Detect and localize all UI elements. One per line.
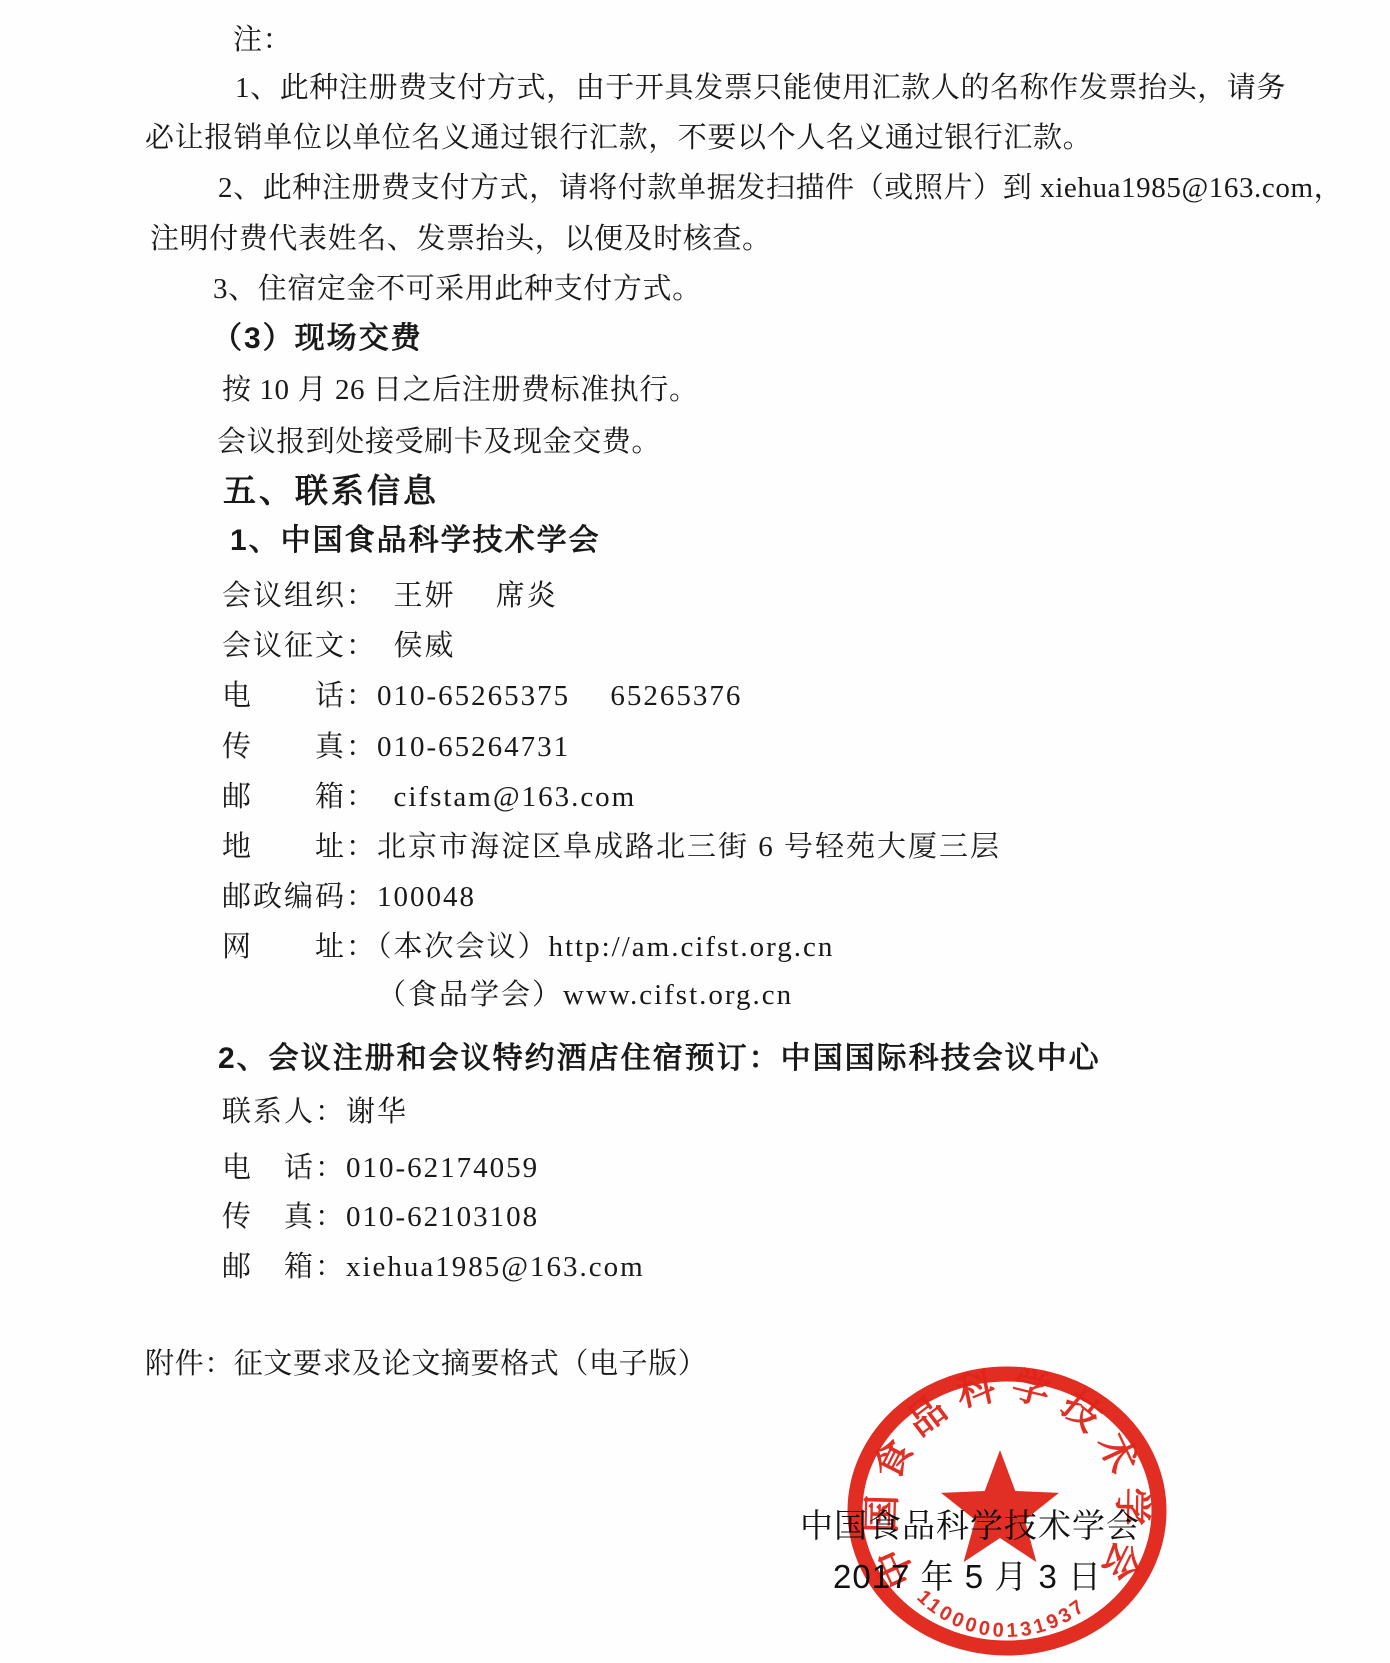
document-page: 注： 1、此种注册费支付方式，由于开具发票只能使用汇款人的名称作发票抬头，请务 … [0,0,1390,1663]
note-1-line-1: 1、此种注册费支付方式，由于开具发票只能使用汇款人的名称作发票抬头，请务 [235,70,1286,106]
contact-section-heading: 五、联系信息 [223,470,439,511]
onsite-desk-line: 会议报到处接受刷卡及现金交费。 [217,424,661,460]
org2-contact-person-row: 联系人：谢华 [222,1094,408,1130]
org1-fax-row: 传 真：010-65264731 [222,729,570,765]
org1-title: 1、中国食品科学技术学会 [230,522,601,560]
onsite-payment-heading: （3）现场交费 [212,320,423,358]
org1-email-row: 邮 箱： cifstam@163.com [222,779,636,815]
org2-fax-row: 传 真：010-62103108 [222,1199,539,1235]
org1-address-row: 地 址：北京市海淀区阜成路北三街 6 号轻苑大厦三层 [222,829,1001,865]
note-1-line-2: 必让报销单位以单位名义通过银行汇款，不要以个人名义通过银行汇款。 [145,120,1092,156]
note-2-line-1: 2、此种注册费支付方式，请将付款单据发扫描件（或照片）到 xiehua1985@… [218,170,1343,206]
org2-phone-row: 电 话：010-62174059 [222,1150,539,1186]
attachment-line: 附件：征文要求及论文摘要格式（电子版） [145,1346,707,1382]
org2-email-row: 邮 箱：xiehua1985@163.com [222,1249,645,1285]
onsite-rule-line: 按 10 月 26 日之后注册费标准执行。 [222,372,699,408]
note-2-line-2: 注明付费代表姓名、发票抬头，以便及时核查。 [150,221,772,257]
notes-label: 注： [233,22,292,58]
org1-phone-row: 电 话：010-65265375 65265376 [222,678,742,714]
org1-website-row: 网 址：（本次会议）http://am.cifst.org.cn [222,929,834,965]
org1-website-row-2: （食品学会）www.cifst.org.cn [377,977,793,1013]
signature-org-name: 中国食品科学技术学会 [800,1500,1140,1547]
org1-papers-row: 会议征文： 侯威 [222,628,456,664]
org1-zip-row: 邮政编码：100048 [222,879,476,915]
org1-organizer-row: 会议组织： 王妍 席炎 [222,578,558,614]
org2-title: 2、会议注册和会议特约酒店住宿预订：中国国际科技会议中心 [218,1040,1101,1078]
signature-date: 2017 年 5 月 3 日 [833,1551,1102,1598]
note-3: 3、住宿定金不可采用此种支付方式。 [213,271,702,307]
